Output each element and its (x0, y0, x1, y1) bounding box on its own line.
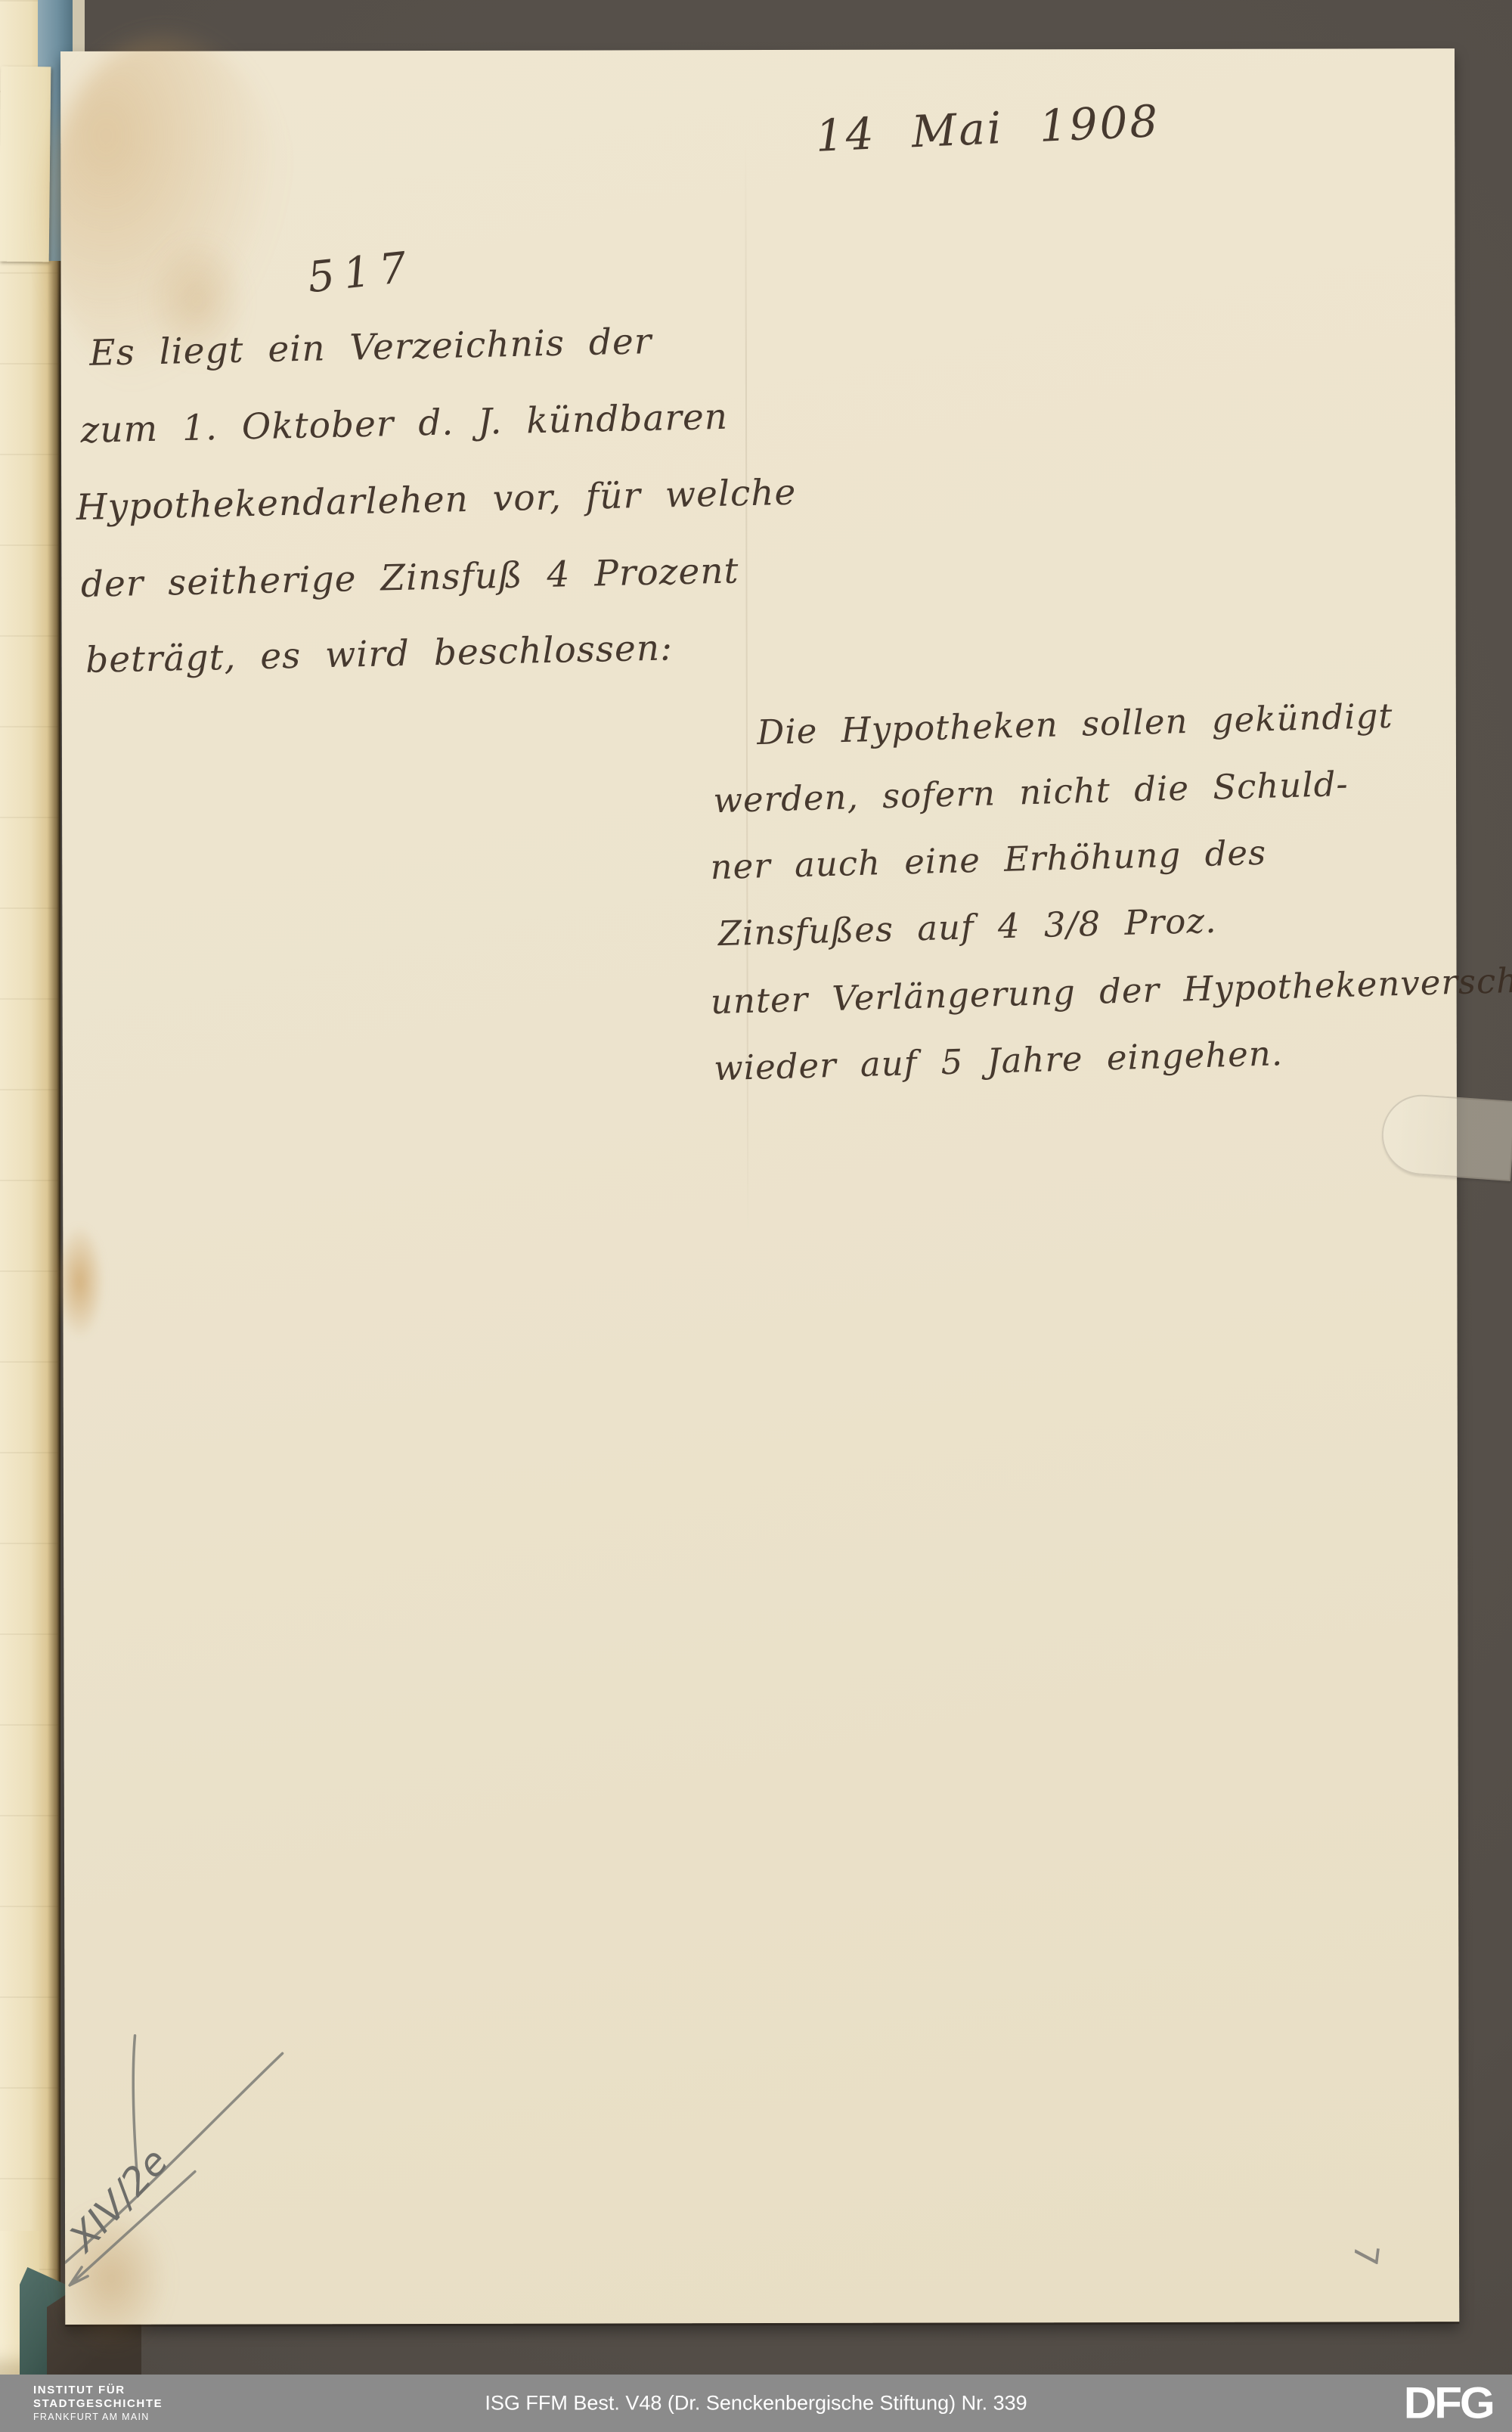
page-edge-sliver (73, 0, 85, 56)
folio-mark-text: XIV/2e (64, 2139, 176, 2261)
credit-bar: INSTITUT FÜR STADTGESCHICHTE FRANKFURT A… (0, 2375, 1512, 2432)
handwritten-line: Es liegt ein Verzeichnis der (89, 321, 652, 374)
institution-block: INSTITUT FÜR STADTGESCHICHTE FRANKFURT A… (33, 2384, 163, 2423)
handwritten-line: Hypothekendarlehen vor, für welche (76, 472, 797, 529)
handwritten-line: Zinsfußes auf 4 3/8 Proz. (717, 901, 1217, 954)
handwritten-line: zum 1. Oktober d. J. kündbaren (80, 396, 729, 451)
manuscript-page: 14 Mai 1908 517 Es liegt ein Verzeichnis… (60, 48, 1459, 2325)
institution-name-line2: STADTGESCHICHTE (33, 2397, 163, 2411)
handwritten-date: 14 Mai 1908 (814, 95, 1160, 162)
handwritten-line: beträgt, es wird beschlossen: (85, 627, 674, 681)
institution-city: FRANKFURT AM MAIN (33, 2411, 163, 2423)
archival-scan-viewport: 14 Mai 1908 517 Es liegt ein Verzeichnis… (0, 0, 1512, 2432)
handwritten-line: wieder auf 5 Jahre eingehen. (713, 1033, 1283, 1088)
paper-stain (55, 1225, 104, 1339)
handwritten-line: Die Hypotheken sollen gekündigt (757, 696, 1394, 752)
pencil-sheet-number: 7 (1345, 2242, 1386, 2268)
pencil-folio-mark: XIV/2e (64, 2026, 383, 2359)
handwritten-line: werden, sofern nicht die Schuld- (713, 764, 1349, 820)
book-page-edges (0, 0, 60, 2376)
underlying-page-edge (0, 67, 51, 262)
transparent-mounting-tab (1379, 1092, 1512, 1181)
archive-reference: ISG FFM Best. V48 (Dr. Senckenbergische … (485, 2392, 1027, 2415)
handwritten-line: der seitherige Zinsfuß 4 Prozent (80, 550, 739, 606)
handwritten-line: unter Verlängerung der Hypothekenverschr… (710, 958, 1512, 1022)
dfg-logo: DFG (1403, 2378, 1492, 2429)
pencil-flourish-strokes: XIV/2e (64, 2026, 383, 2359)
institution-name-line1: INSTITUT FÜR (33, 2384, 163, 2397)
handwritten-document-number: 517 (305, 242, 418, 302)
handwritten-line: ner auch eine Erhöhung des (710, 833, 1267, 887)
